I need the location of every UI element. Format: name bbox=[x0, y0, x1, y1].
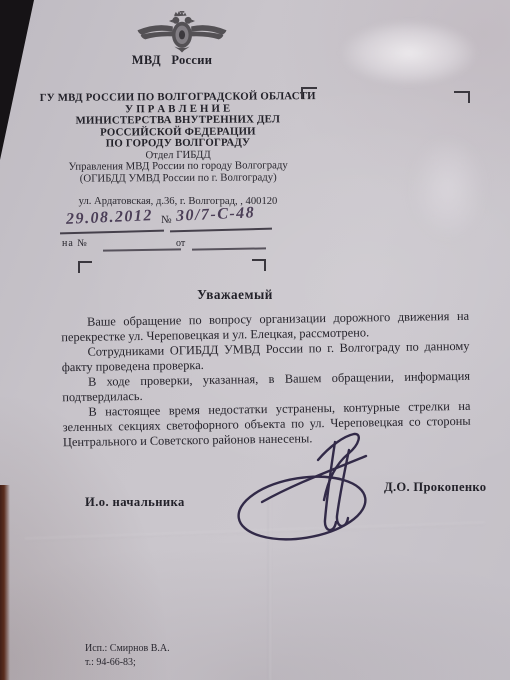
reply-to-label: на № bbox=[62, 238, 88, 249]
executor-phone: т.: 94-66-83; bbox=[85, 656, 170, 670]
letter-photo: МВД России ГУ МВД РОССИИ ПО ВОЛГОГРАДСКО… bbox=[0, 0, 510, 680]
letterhead-line: (ОГИБДД УМВД России по г. Волгограду) bbox=[35, 172, 321, 185]
org-address: ул. Ардатовская, д.36, г. Волгоград, , 4… bbox=[35, 196, 321, 207]
executor-block: Исп.: Смирнов В.А. т.: 94-66-83; bbox=[85, 642, 170, 670]
corner-mark-lower-right bbox=[252, 259, 266, 271]
letter-body: Ваше обращение по вопросу организации до… bbox=[61, 309, 471, 450]
corner-mark-top-right bbox=[454, 91, 470, 103]
letterhead-block: ГУ МВД РОССИИ ПО ВОЛГОГРАДСКОЙ ОБЛАСТИ У… bbox=[35, 91, 322, 185]
org-short-name: МВД России bbox=[92, 53, 252, 68]
corner-mark-top-left bbox=[301, 87, 317, 99]
executor-name: Исп.: Смирнов В.А. bbox=[85, 642, 170, 656]
number-sign: № bbox=[161, 214, 172, 226]
table-edge-strip bbox=[0, 485, 10, 680]
corner-mark-lower-left bbox=[78, 261, 92, 273]
mvd-eagle-emblem-icon bbox=[136, 6, 228, 56]
white-patch-middle bbox=[398, 118, 498, 258]
handwritten-date: 29.08.2012 bbox=[66, 207, 154, 229]
signer-name: Д.О. Прокопенко bbox=[384, 480, 486, 495]
handwritten-reg-number: 30/7-С-48 bbox=[176, 204, 256, 225]
salutation: Уважаемый bbox=[40, 287, 430, 303]
handwritten-signature-icon bbox=[232, 430, 390, 550]
from-label: от bbox=[176, 238, 185, 249]
signer-position-title: И.о. начальника bbox=[85, 495, 185, 510]
